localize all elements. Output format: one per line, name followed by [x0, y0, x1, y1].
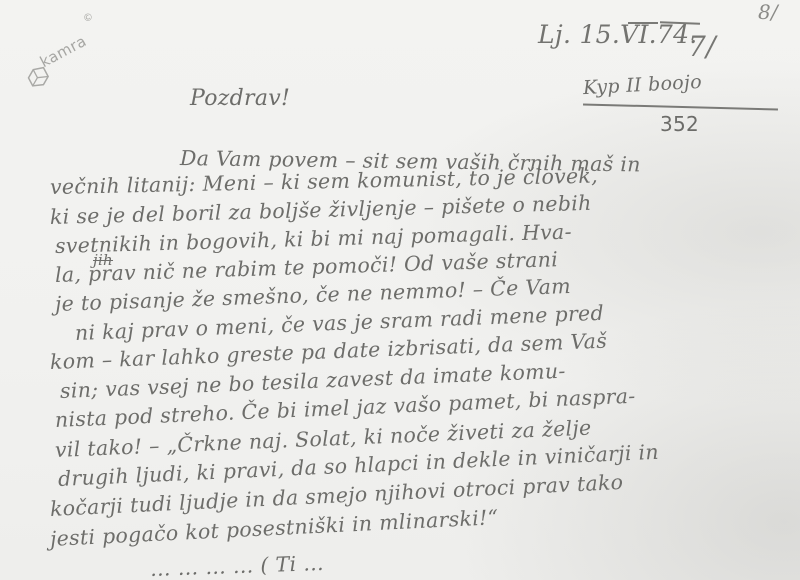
watermark-text: kamra: [37, 32, 90, 71]
kamra-watermark: kamra ©: [0, 0, 117, 100]
archive-number: 352: [660, 112, 699, 136]
letter-date: Lj. 15.VI.74.: [538, 20, 698, 49]
struck-word: jih: [93, 251, 113, 269]
letter-paper: kamra © Lj. 15.VI.74. 8/ 7/ Kyp II boojo…: [0, 0, 800, 580]
header-underline: [583, 103, 778, 110]
corner-mark: 8/: [758, 0, 778, 24]
letter-line: … … … … ( Ti …: [150, 551, 325, 580]
signature-mark: 7/: [688, 30, 716, 63]
copyright-symbol: ©: [82, 11, 96, 25]
reference-note: Kyp II boojo: [583, 71, 703, 99]
greeting: Pozdrav!: [190, 86, 290, 111]
